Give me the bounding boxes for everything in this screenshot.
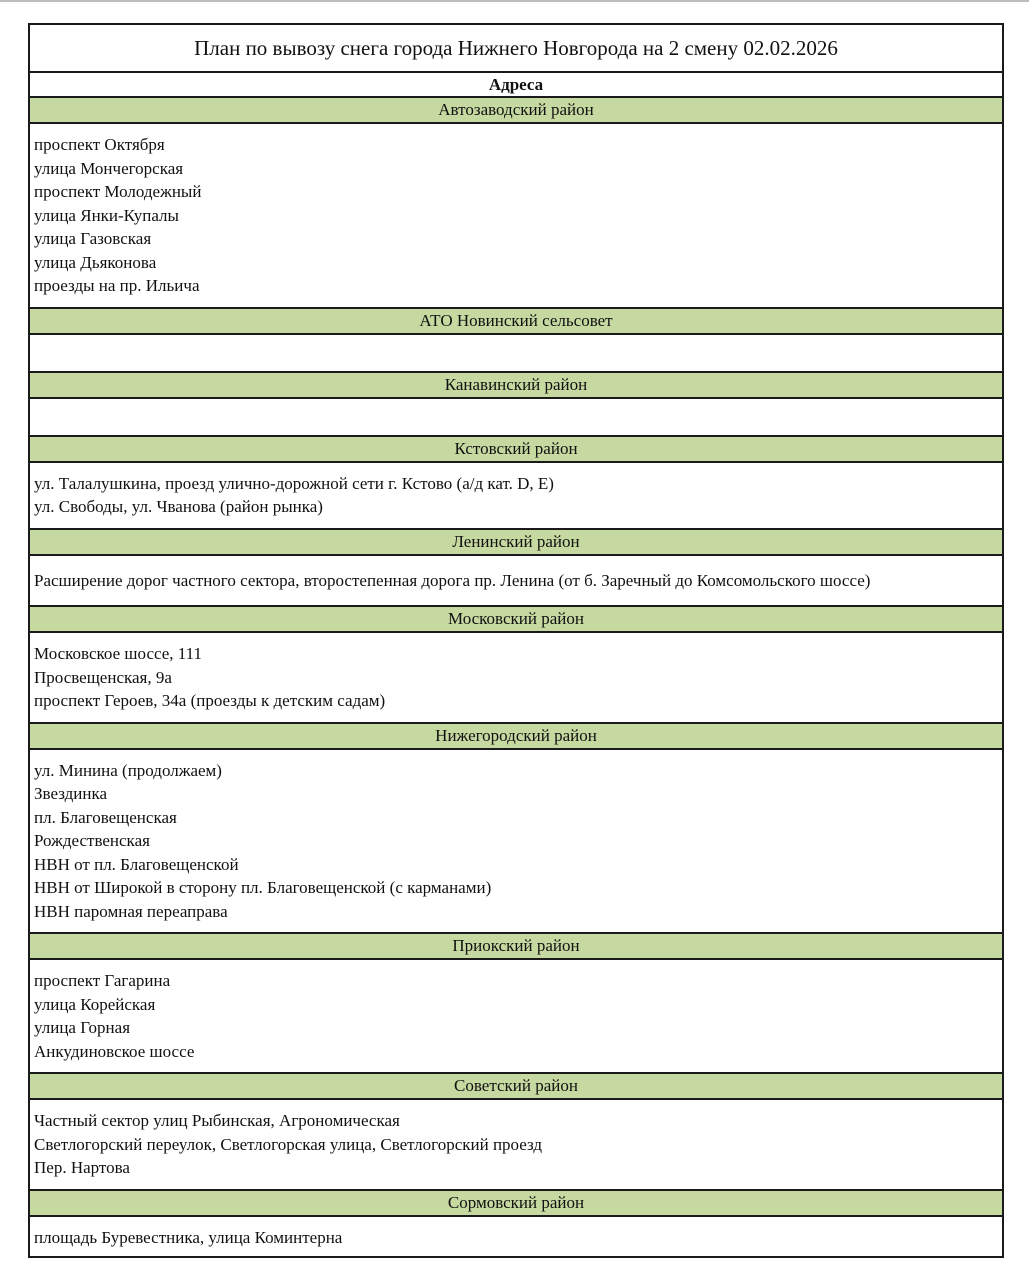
address-line: пл. Благовещенская (34, 806, 998, 830)
address-line: улица Мончегорская (34, 157, 998, 181)
address-line: Светлогорский переулок, Светлогорская ул… (34, 1133, 998, 1157)
address-line: Московское шоссе, 111 (34, 642, 998, 666)
district-header: Советский район (30, 1074, 1002, 1100)
district-header: Ленинский район (30, 530, 1002, 556)
district-header: Кстовский район (30, 437, 1002, 463)
district-header: Сормовский район (30, 1191, 1002, 1217)
district-addresses: проспект Октябряулица Мончегорскаяпроспе… (30, 124, 1002, 309)
district-header: Московский район (30, 607, 1002, 633)
address-line: улица Газовская (34, 227, 998, 251)
address-line: проспект Гагарина (34, 969, 998, 993)
district-section: Московский район Московское шоссе, 111Пр… (30, 607, 1002, 724)
district-addresses (30, 335, 1002, 373)
column-header-addresses: Адреса (30, 73, 1002, 98)
address-line: улица Корейская (34, 993, 998, 1017)
address-line: ул. Свободы, ул. Чванова (район рынка) (34, 495, 998, 519)
address-line: улица Янки-Купалы (34, 204, 998, 228)
district-header: АТО Новинский сельсовет (30, 309, 1002, 335)
district-addresses: Частный сектор улиц Рыбинская, Агрономич… (30, 1100, 1002, 1191)
district-addresses: ул. Талалушкина, проезд улично-дорожной … (30, 463, 1002, 530)
district-addresses (30, 399, 1002, 437)
address-line: Частный сектор улиц Рыбинская, Агрономич… (34, 1109, 998, 1133)
address-line: НВН от пл. Благовещенской (34, 853, 998, 877)
address-line: ул. Минина (продолжаем) (34, 759, 998, 783)
district-section: Канавинский район (30, 373, 1002, 437)
district-section: Приокский район проспект Гагаринаулица К… (30, 934, 1002, 1074)
address-line: проспект Героев, 34а (проезды к детским … (34, 689, 998, 713)
document-title: План по вывозу снега города Нижнего Новг… (30, 25, 1002, 73)
address-line: ул. Талалушкина, проезд улично-дорожной … (34, 472, 998, 496)
district-section: Кстовский район ул. Талалушкина, проезд … (30, 437, 1002, 530)
address-line: Просвещенская, 9а (34, 666, 998, 690)
address-line: Расширение дорог частного сектора, второ… (34, 569, 998, 593)
address-line: Звездинка (34, 782, 998, 806)
top-divider (0, 0, 1029, 2)
district-header: Нижегородский район (30, 724, 1002, 750)
snow-removal-plan-table: План по вывозу снега города Нижнего Новг… (28, 23, 1004, 1258)
district-addresses: Расширение дорог частного сектора, второ… (30, 556, 1002, 608)
district-section: Советский район Частный сектор улиц Рыби… (30, 1074, 1002, 1191)
address-line: проспект Молодежный (34, 180, 998, 204)
address-line: улица Горная (34, 1016, 998, 1040)
district-header: Канавинский район (30, 373, 1002, 399)
district-addresses: площадь Буревестника, улица Коминтерна (30, 1217, 1002, 1257)
address-line: Анкудиновское шоссе (34, 1040, 998, 1064)
address-line: улица Дьяконова (34, 251, 998, 275)
district-section: Нижегородский район ул. Минина (продолжа… (30, 724, 1002, 935)
district-section: АТО Новинский сельсовет (30, 309, 1002, 373)
address-line: НВН от Широкой в сторону пл. Благовещенс… (34, 876, 998, 900)
districts-list: Автозаводский район проспект Октябряулиц… (30, 98, 1002, 1256)
district-addresses: ул. Минина (продолжаем)Звездинкапл. Благ… (30, 750, 1002, 935)
address-line: НВН паромная переаправа (34, 900, 998, 924)
address-line: Пер. Нартова (34, 1156, 998, 1180)
district-section: Сормовский район площадь Буревестника, у… (30, 1191, 1002, 1257)
district-section: Автозаводский район проспект Октябряулиц… (30, 98, 1002, 309)
district-addresses: проспект Гагаринаулица Корейскаяулица Го… (30, 960, 1002, 1074)
address-line: Рождественская (34, 829, 998, 853)
district-header: Автозаводский район (30, 98, 1002, 124)
address-line: площадь Буревестника, улица Коминтерна (34, 1226, 998, 1250)
address-line: проспект Октября (34, 133, 998, 157)
district-addresses: Московское шоссе, 111Просвещенская, 9апр… (30, 633, 1002, 724)
district-section: Ленинский район Расширение дорог частног… (30, 530, 1002, 608)
address-line: проезды на пр. Ильича (34, 274, 998, 298)
district-header: Приокский район (30, 934, 1002, 960)
